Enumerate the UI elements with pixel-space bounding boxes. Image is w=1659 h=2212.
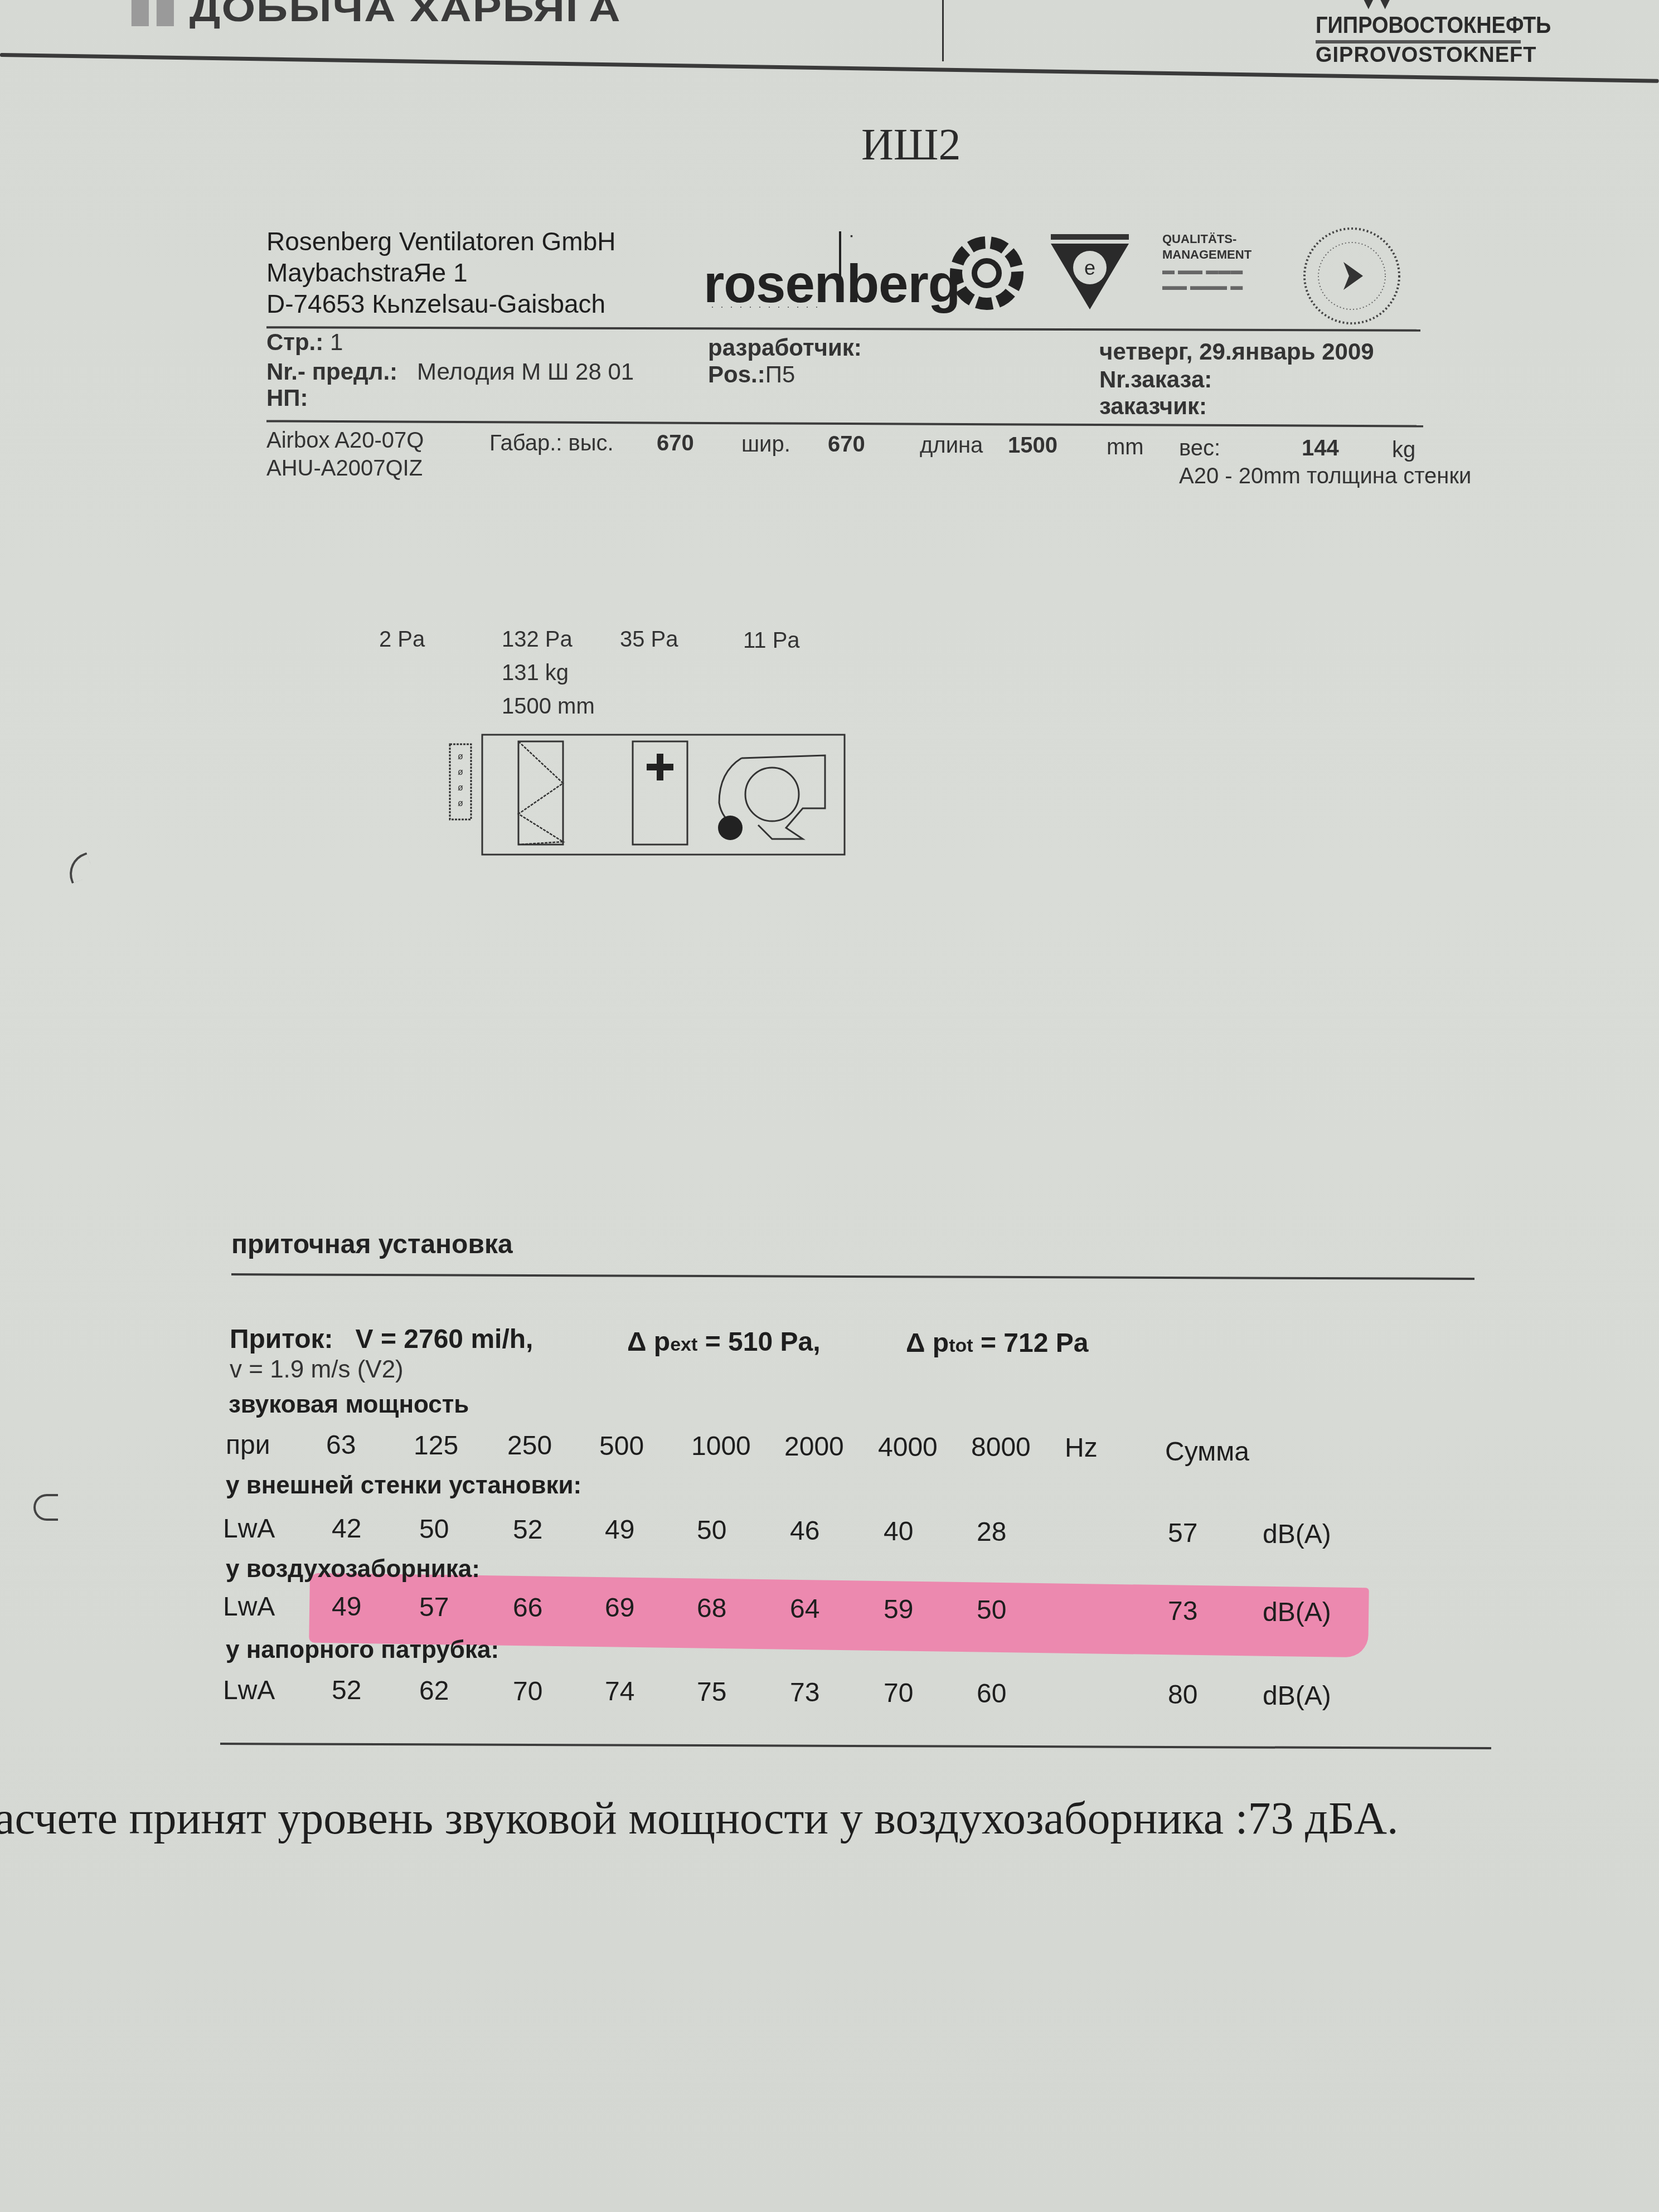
damper-icon: ø ø ø ø <box>450 744 471 819</box>
heater-icon <box>633 741 687 845</box>
ahu-schematic: ø ø ø ø <box>440 725 864 858</box>
pext-value: = 510 Pa, <box>705 1327 821 1357</box>
wall-thickness-note: A20 - 20mm толщина стенки <box>1179 464 1471 489</box>
freq-header: 250 <box>507 1430 552 1461</box>
freq-header: 63 <box>326 1430 356 1461</box>
margin-mark <box>64 852 95 884</box>
unit-width: 670 <box>828 432 865 457</box>
table-cell: 46 <box>790 1516 819 1546</box>
table-cell: 57 <box>419 1592 449 1623</box>
dims-unit: mm <box>1107 435 1144 460</box>
position: Pos.:П5 <box>708 361 795 388</box>
ptot-label: Δ p <box>906 1328 949 1358</box>
pext-label: Δ p <box>627 1327 670 1357</box>
quality-management-badge: QUALITÄTS- MANAGEMENT ▬ ▬▬ ▬▬▬ ▬▬ ▬▬▬ ▬ <box>1162 231 1251 294</box>
company-logo-mark: ▮▮ <box>128 0 178 29</box>
rosenberg-logo-subtitle: · · · · · · · · · · · · <box>711 301 820 313</box>
table-cell: 52 <box>513 1515 542 1545</box>
sound-power-title: звуковая мощность <box>229 1391 469 1419</box>
supplier-name: Rosenberg Ventilatoren GmbH <box>266 226 615 257</box>
unit-height: 670 <box>657 431 694 456</box>
table-cell: 75 <box>697 1677 726 1707</box>
quality-badge-fineprint: ▬ ▬▬ ▬▬▬ <box>1162 263 1251 278</box>
supply-flow: Приток: V = 2760 mі/h, <box>230 1324 533 1355</box>
table-cell: 28 <box>977 1517 1006 1548</box>
pressure-drop-damper: 2 Pa <box>379 627 425 652</box>
table-cell: 59 <box>884 1594 913 1625</box>
weight-label: вес: <box>1179 436 1220 461</box>
offer-number: Nr.- предл.: Мелодия М Ш 28 01 <box>266 358 634 385</box>
table-cell: 73 <box>790 1677 819 1708</box>
letterhead-right-company-en: GIPROVOSTOKNEFT <box>1316 43 1536 67</box>
table-cell: 50 <box>697 1515 726 1546</box>
ptot-value: = 712 Pa <box>981 1328 1089 1358</box>
header-rule-1 <box>266 326 1420 331</box>
supplier-address: Rosenberg Ventilatoren GmbH MaybachstraЯ… <box>266 226 615 319</box>
offer-label: Nr.- предл.: <box>266 358 397 385</box>
document-title: ИШ2 <box>861 120 961 171</box>
letterhead-left-company: ▮▮ДОБЫЧА ХАРЬЯГА <box>128 0 622 30</box>
quality-badge-line-2: MANAGEMENT <box>1162 247 1251 263</box>
unit-weight: 144 <box>1302 436 1339 461</box>
length-label: длина <box>920 433 983 458</box>
rosenberg-gear-icon <box>945 229 1029 318</box>
certification-triangle-icon: e <box>1048 231 1132 315</box>
rosenberg-logo-tiny-text: ▪ <box>850 231 853 240</box>
svg-text:ø: ø <box>458 783 463 793</box>
pressure-drop-fan: 11 Pa <box>743 628 800 653</box>
filter-icon <box>518 741 563 845</box>
order-number-label: Nr.заказа: <box>1099 366 1212 393</box>
section-weight: 131 kg <box>502 661 569 686</box>
unit-length: 1500 <box>1008 433 1058 458</box>
freq-unit: Hz <box>1065 1433 1098 1463</box>
certification-stamp-icon <box>1299 223 1405 329</box>
margin-mark-2 <box>33 1494 58 1521</box>
developer-label: разработчик: <box>708 334 862 361</box>
row-title: у напорного патрубка: <box>226 1636 499 1664</box>
pressure-drop-filter: 132 Pa <box>502 627 573 652</box>
freq-header: 125 <box>414 1430 458 1461</box>
ptot-sub: tot <box>949 1335 973 1356</box>
table-cell: 66 <box>513 1593 542 1623</box>
table-cell: 40 <box>884 1516 913 1547</box>
air-velocity: v = 1.9 m/s (V2) <box>230 1356 404 1384</box>
freq-header: 500 <box>599 1431 644 1462</box>
page-value: 1 <box>330 329 343 355</box>
table-cell: 49 <box>605 1515 634 1545</box>
flow-value: V = 2760 mі/h, <box>356 1325 533 1354</box>
dims-label: Габар.: выс. <box>489 431 614 456</box>
flow-label: Приток: <box>230 1325 333 1354</box>
external-pressure: Δ pext = 510 Pa, <box>627 1327 820 1357</box>
sum-label: Сумма <box>1165 1437 1249 1467</box>
table-cell: 50 <box>977 1595 1006 1626</box>
letterhead-divider <box>942 0 944 61</box>
letterhead-left-company-text: ДОБЫЧА ХАРЬЯГА <box>190 0 622 29</box>
quality-badge-line-1: QUALITÄTS- <box>1162 231 1251 247</box>
section-length: 1500 mm <box>502 694 595 719</box>
total-pressure: Δ ptot = 712 Pa <box>906 1328 1088 1359</box>
table-cell: 69 <box>605 1593 634 1623</box>
pressure-drop-heater: 35 Pa <box>620 627 678 652</box>
row-title: у воздухозаборника: <box>226 1555 480 1583</box>
width-label: шир. <box>741 432 790 457</box>
table-cell: 68 <box>697 1593 726 1624</box>
svg-text:ø: ø <box>458 752 463 761</box>
supplier-city: D-74653 Кьnzelsau-Gaisbach <box>266 288 615 319</box>
pos-label: Pos.: <box>708 361 765 387</box>
row-title: у внешней стенки установки: <box>226 1472 581 1500</box>
unit-model: Airbox A20-07Q <box>266 428 424 453</box>
table-cell: 70 <box>513 1676 542 1707</box>
freq-header: 4000 <box>878 1432 938 1463</box>
page-label: Стр.: 1 <box>266 329 343 356</box>
unit-code: AHU-A2007QIZ <box>266 456 423 481</box>
pext-sub: ext <box>670 1334 697 1355</box>
table-cell: 74 <box>605 1676 634 1707</box>
freq-label: при <box>226 1430 270 1461</box>
weight-unit: kg <box>1392 438 1415 463</box>
freq-header: 1000 <box>691 1431 751 1462</box>
freq-header: 2000 <box>784 1432 844 1462</box>
gipro-logo-icon: ▼▼ <box>1360 0 1393 13</box>
quality-badge-fineprint-2: ▬▬ ▬▬▬ ▬ <box>1162 278 1251 294</box>
svg-text:ø: ø <box>458 799 463 808</box>
row-label: LwA <box>223 1514 275 1544</box>
conclusion-text: асчете принят уровень звуковой мощности … <box>0 1792 1398 1845</box>
svg-text:e: e <box>1084 256 1095 279</box>
pos-value: П5 <box>765 361 795 387</box>
row-sum: 80 <box>1168 1680 1197 1710</box>
supplier-street: MaybachstraЯe 1 <box>266 257 615 288</box>
table-cell: 70 <box>884 1678 913 1709</box>
table-cell: 62 <box>419 1676 449 1706</box>
section-rule-bottom <box>220 1743 1491 1749</box>
svg-text:ø: ø <box>458 768 463 777</box>
letterhead-right-company-ru: ГИПРОВОСТОКНЕФТЬ <box>1316 13 1551 39</box>
customer-label: заказчик: <box>1099 393 1207 420</box>
table-cell: 52 <box>332 1675 361 1706</box>
fan-icon <box>718 755 825 840</box>
freq-header: 8000 <box>971 1432 1031 1463</box>
row-sum: 57 <box>1168 1518 1197 1549</box>
row-unit: dB(A) <box>1263 1681 1331 1711</box>
row-sum: 73 <box>1168 1596 1197 1627</box>
table-cell: 42 <box>332 1514 361 1544</box>
table-cell: 50 <box>419 1514 449 1545</box>
row-unit: dB(A) <box>1263 1519 1331 1550</box>
offer-value: Мелодия М Ш 28 01 <box>417 358 634 385</box>
table-cell: 49 <box>332 1592 361 1622</box>
row-label: LwA <box>223 1592 275 1622</box>
row-unit: dB(A) <box>1263 1597 1331 1628</box>
section-rule-top <box>231 1273 1474 1280</box>
table-cell: 60 <box>977 1679 1006 1709</box>
row-label: LwA <box>223 1675 275 1706</box>
header-rule-2 <box>266 420 1423 427</box>
table-cell: 64 <box>790 1594 819 1624</box>
np-label: НП: <box>266 385 308 411</box>
document-date: четверг, 29.январь 2009 <box>1099 338 1374 365</box>
supply-unit-title: приточная установка <box>231 1229 513 1260</box>
